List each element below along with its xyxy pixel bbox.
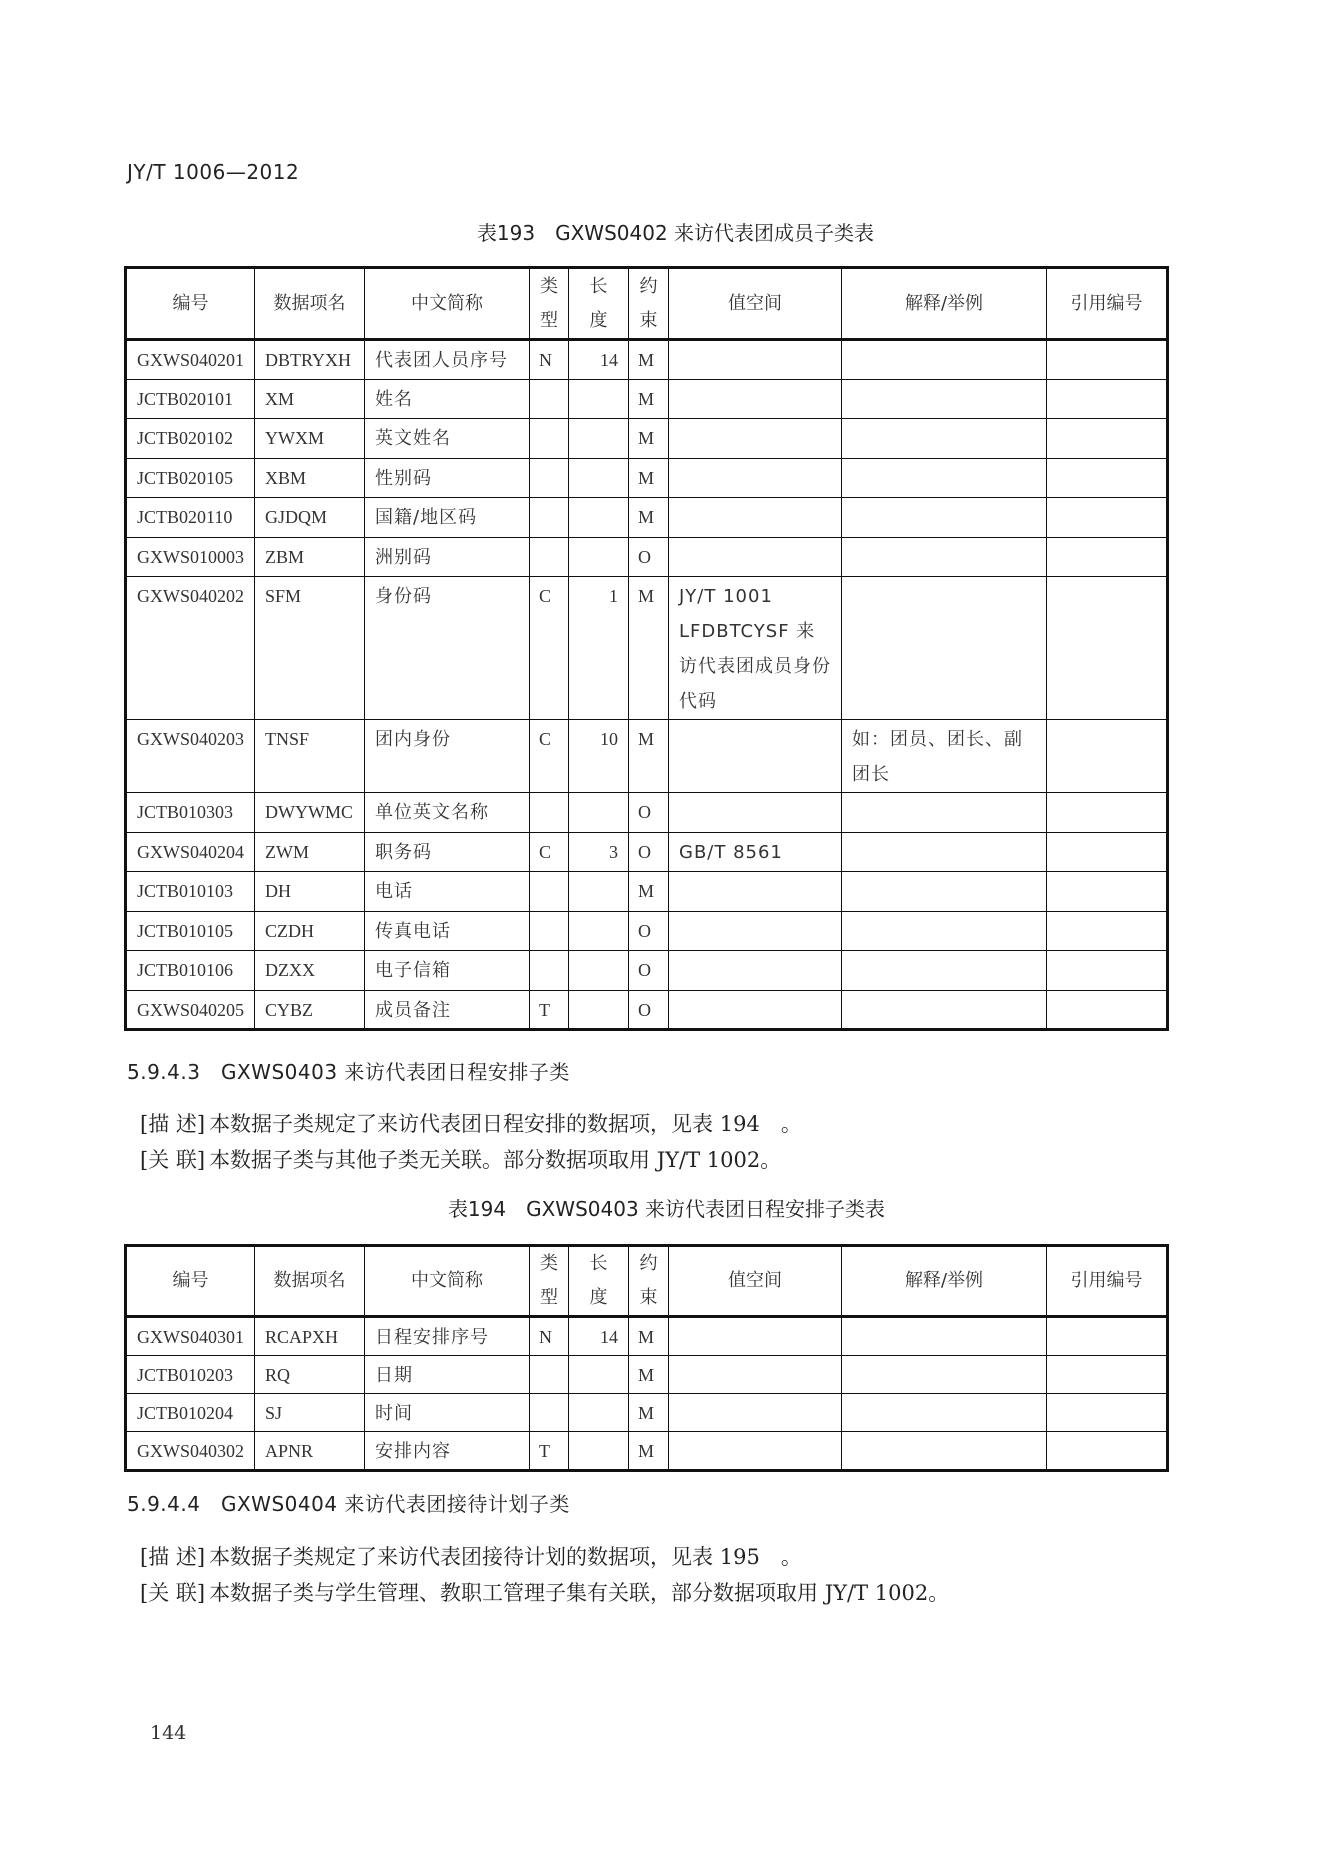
cell-length <box>569 872 629 912</box>
section-5-9-4-3-description: [描 述]本数据子类规定了来访代表团日程安排的数据项，见表 194 。 <box>140 1108 802 1138</box>
cell-value-space <box>669 720 842 793</box>
cell-note <box>842 458 1047 498</box>
description-text: 本数据子类规定了来访代表团接待计划的数据项，见表 195 。 <box>209 1545 802 1569</box>
cell-constraint: M <box>629 1432 669 1471</box>
cell-item-name: GJDQM <box>255 498 365 538</box>
cell-type: N <box>530 340 569 380</box>
cell-length: 3 <box>569 832 629 872</box>
col-header-name: 数据项名 <box>255 268 365 340</box>
cell-id: JCTB010204 <box>126 1394 255 1432</box>
cell-item-name: YWXM <box>255 419 365 459</box>
cell-length <box>569 1356 629 1394</box>
col-header-ref: 引用编号 <box>1047 268 1168 340</box>
cell-constraint: M <box>629 1356 669 1394</box>
cell-note <box>842 1317 1047 1356</box>
cell-item-name: APNR <box>255 1432 365 1471</box>
table-row: GXWS040301RCAPXH日程安排序号N14M <box>126 1317 1168 1356</box>
col-header-id: 编号 <box>126 268 255 340</box>
cell-item-name: RCAPXH <box>255 1317 365 1356</box>
cell-constraint: O <box>629 951 669 991</box>
cell-constraint: O <box>629 793 669 833</box>
cell-constraint: O <box>629 537 669 577</box>
description-text: 本数据子类规定了来访代表团日程安排的数据项，见表 194 。 <box>209 1112 802 1136</box>
cell-type <box>530 498 569 538</box>
cell-item-name: XBM <box>255 458 365 498</box>
cell-note <box>842 793 1047 833</box>
cell-ref <box>1047 419 1168 459</box>
table-row: GXWS040204ZWM职务码C3OGB/T 8561 <box>126 832 1168 872</box>
description-tag: [描 述] <box>140 1112 205 1136</box>
cell-id: JCTB010203 <box>126 1356 255 1394</box>
cell-id: JCTB010103 <box>126 872 255 912</box>
cell-chinese-name: 时间 <box>365 1394 530 1432</box>
cell-item-name: TNSF <box>255 720 365 793</box>
table-header-row: 编号 数据项名 中文简称 类型 长度 约束 值空间 解释/举例 引用编号 <box>126 1246 1168 1317</box>
cell-item-name: SFM <box>255 577 365 720</box>
relation-tag: [关 联] <box>140 1581 205 1605</box>
col-header-cn: 中文简称 <box>365 1246 530 1317</box>
cell-chinese-name: 英文姓名 <box>365 419 530 459</box>
relation-text: 本数据子类与其他子类无关联。部分数据项取用 JY/T 1002。 <box>209 1148 781 1172</box>
section-5-9-4-3-heading: 5.9.4.3 GXWS0403 来访代表团日程安排子类 <box>127 1056 570 1085</box>
col-header-value-space: 值空间 <box>669 268 842 340</box>
cell-length <box>569 1432 629 1471</box>
cell-note <box>842 1432 1047 1471</box>
cell-type: C <box>530 720 569 793</box>
col-header-id: 编号 <box>126 1246 255 1317</box>
cell-item-name: DH <box>255 872 365 912</box>
cell-chinese-name: 传真电话 <box>365 911 530 951</box>
cell-chinese-name: 职务码 <box>365 832 530 872</box>
cell-constraint: O <box>629 990 669 1030</box>
page-number: 144 <box>150 1722 186 1744</box>
table-row: GXWS040201DBTRYXH代表团人员序号N14M <box>126 340 1168 380</box>
cell-note <box>842 419 1047 459</box>
cell-note <box>842 1356 1047 1394</box>
col-header-type: 类型 <box>530 1246 569 1317</box>
cell-constraint: M <box>629 498 669 538</box>
cell-item-name: CZDH <box>255 911 365 951</box>
col-header-value-space: 值空间 <box>669 1246 842 1317</box>
cell-id: JCTB020102 <box>126 419 255 459</box>
cell-value-space <box>669 911 842 951</box>
col-header-type: 类型 <box>530 268 569 340</box>
cell-id: GXWS040203 <box>126 720 255 793</box>
cell-chinese-name: 安排内容 <box>365 1432 530 1471</box>
cell-item-name: ZBM <box>255 537 365 577</box>
cell-constraint: M <box>629 458 669 498</box>
cell-chinese-name: 身份码 <box>365 577 530 720</box>
cell-note <box>842 340 1047 380</box>
cell-value-space <box>669 793 842 833</box>
cell-value-space <box>669 419 842 459</box>
cell-type <box>530 458 569 498</box>
col-header-length: 长度 <box>569 268 629 340</box>
col-header-cn: 中文简称 <box>365 268 530 340</box>
col-header-constraint: 约束 <box>629 268 669 340</box>
cell-value-space <box>669 537 842 577</box>
cell-constraint: O <box>629 832 669 872</box>
cell-chinese-name: 国籍/地区码 <box>365 498 530 538</box>
table-row: JCTB020102YWXM英文姓名M <box>126 419 1168 459</box>
table-row: GXWS040205CYBZ成员备注TO <box>126 990 1168 1030</box>
cell-length <box>569 951 629 991</box>
section-5-9-4-4-description: [描 述]本数据子类规定了来访代表团接待计划的数据项，见表 195 。 <box>140 1541 802 1571</box>
table-row: GXWS040203TNSF团内身份C10M如：团员、团长、副团长 <box>126 720 1168 793</box>
cell-chinese-name: 洲别码 <box>365 537 530 577</box>
relation-tag: [关 联] <box>140 1148 205 1172</box>
cell-length: 10 <box>569 720 629 793</box>
cell-length <box>569 990 629 1030</box>
cell-ref <box>1047 379 1168 419</box>
section-5-9-4-4-heading: 5.9.4.4 GXWS0404 来访代表团接待计划子类 <box>127 1488 570 1517</box>
cell-length <box>569 1394 629 1432</box>
standard-id-header: JY/T 1006—2012 <box>127 160 299 184</box>
table-row: GXWS040202SFM身份码C1MJY/T 1001 LFDBTCYSF 来… <box>126 577 1168 720</box>
cell-constraint: M <box>629 1394 669 1432</box>
cell-chinese-name: 姓名 <box>365 379 530 419</box>
cell-value-space <box>669 872 842 912</box>
cell-note <box>842 498 1047 538</box>
cell-id: JCTB010106 <box>126 951 255 991</box>
cell-note <box>842 832 1047 872</box>
cell-id: JCTB010303 <box>126 793 255 833</box>
table-row: JCTB010105CZDH传真电话O <box>126 911 1168 951</box>
table-row: JCTB010303DWYWMC单位英文名称O <box>126 793 1168 833</box>
cell-item-name: DZXX <box>255 951 365 991</box>
cell-item-name: SJ <box>255 1394 365 1432</box>
cell-value-space <box>669 379 842 419</box>
cell-constraint: O <box>629 911 669 951</box>
table-row: JCTB010203RQ日期M <box>126 1356 1168 1394</box>
cell-id: JCTB020110 <box>126 498 255 538</box>
cell-ref <box>1047 990 1168 1030</box>
cell-type <box>530 419 569 459</box>
cell-constraint: M <box>629 379 669 419</box>
col-header-ref: 引用编号 <box>1047 1246 1168 1317</box>
cell-length <box>569 537 629 577</box>
relation-text: 本数据子类与学生管理、教职工管理子集有关联，部分数据项取用 JY/T 1002。 <box>209 1581 949 1605</box>
cell-ref <box>1047 951 1168 991</box>
cell-id: JCTB020105 <box>126 458 255 498</box>
table-header-row: 编号 数据项名 中文简称 类型 长度 约束 值空间 解释/举例 引用编号 <box>126 268 1168 340</box>
cell-length: 1 <box>569 577 629 720</box>
cell-ref <box>1047 498 1168 538</box>
cell-id: GXWS040202 <box>126 577 255 720</box>
cell-id: GXWS040302 <box>126 1432 255 1471</box>
col-header-name: 数据项名 <box>255 1246 365 1317</box>
cell-value-space <box>669 951 842 991</box>
cell-item-name: XM <box>255 379 365 419</box>
cell-type <box>530 1356 569 1394</box>
cell-note <box>842 911 1047 951</box>
table-row: GXWS010003ZBM洲别码O <box>126 537 1168 577</box>
section-5-9-4-4-relation: [关 联]本数据子类与学生管理、教职工管理子集有关联，部分数据项取用 JY/T … <box>140 1577 949 1607</box>
section-5-9-4-3-relation: [关 联]本数据子类与其他子类无关联。部分数据项取用 JY/T 1002。 <box>140 1144 781 1174</box>
cell-value-space <box>669 1317 842 1356</box>
cell-item-name: CYBZ <box>255 990 365 1030</box>
cell-chinese-name: 团内身份 <box>365 720 530 793</box>
cell-ref <box>1047 1394 1168 1432</box>
cell-type <box>530 793 569 833</box>
cell-type <box>530 872 569 912</box>
cell-ref <box>1047 872 1168 912</box>
cell-value-space <box>669 1394 842 1432</box>
cell-ref <box>1047 1356 1168 1394</box>
cell-note <box>842 951 1047 991</box>
col-header-note: 解释/举例 <box>842 1246 1047 1317</box>
cell-item-name: DBTRYXH <box>255 340 365 380</box>
cell-length <box>569 498 629 538</box>
cell-constraint: M <box>629 340 669 380</box>
cell-id: GXWS010003 <box>126 537 255 577</box>
cell-length <box>569 458 629 498</box>
cell-value-space: GB/T 8561 <box>669 832 842 872</box>
cell-type <box>530 911 569 951</box>
cell-value-space <box>669 990 842 1030</box>
cell-ref <box>1047 911 1168 951</box>
cell-item-name: DWYWMC <box>255 793 365 833</box>
cell-constraint: M <box>629 872 669 912</box>
cell-note <box>842 379 1047 419</box>
cell-value-space <box>669 498 842 538</box>
cell-value-space <box>669 1432 842 1471</box>
table-row: JCTB010103DH电话M <box>126 872 1168 912</box>
cell-constraint: M <box>629 577 669 720</box>
cell-note <box>842 537 1047 577</box>
table-row: JCTB020101XM姓名M <box>126 379 1168 419</box>
table-194-caption: 表194 GXWS0403 来访代表团日程安排子类表 <box>5 1193 1323 1222</box>
cell-note <box>842 577 1047 720</box>
cell-id: JCTB020101 <box>126 379 255 419</box>
cell-value-space <box>669 1356 842 1394</box>
table-row: GXWS040302APNR安排内容TM <box>126 1432 1168 1471</box>
cell-chinese-name: 性别码 <box>365 458 530 498</box>
table-row: JCTB020105XBM性别码M <box>126 458 1168 498</box>
cell-chinese-name: 日程安排序号 <box>365 1317 530 1356</box>
table-row: JCTB010204SJ时间M <box>126 1394 1168 1432</box>
cell-ref <box>1047 832 1168 872</box>
cell-constraint: M <box>629 1317 669 1356</box>
cell-ref <box>1047 1317 1168 1356</box>
col-header-constraint: 约束 <box>629 1246 669 1317</box>
cell-chinese-name: 电子信箱 <box>365 951 530 991</box>
cell-type: C <box>530 577 569 720</box>
cell-length <box>569 911 629 951</box>
cell-chinese-name: 单位英文名称 <box>365 793 530 833</box>
cell-type <box>530 379 569 419</box>
cell-ref <box>1047 537 1168 577</box>
cell-chinese-name: 代表团人员序号 <box>365 340 530 380</box>
cell-note <box>842 1394 1047 1432</box>
cell-note <box>842 872 1047 912</box>
cell-id: GXWS040205 <box>126 990 255 1030</box>
cell-chinese-name: 成员备注 <box>365 990 530 1030</box>
cell-id: GXWS040204 <box>126 832 255 872</box>
cell-type <box>530 1394 569 1432</box>
cell-length <box>569 793 629 833</box>
cell-value-space: JY/T 1001 LFDBTCYSF 来访代表团成员身份代码 <box>669 577 842 720</box>
cell-type <box>530 951 569 991</box>
description-tag: [描 述] <box>140 1545 205 1569</box>
cell-ref <box>1047 720 1168 793</box>
cell-id: GXWS040201 <box>126 340 255 380</box>
cell-chinese-name: 电话 <box>365 872 530 912</box>
cell-ref <box>1047 793 1168 833</box>
cell-note: 如：团员、团长、副团长 <box>842 720 1047 793</box>
cell-ref <box>1047 577 1168 720</box>
cell-value-space <box>669 340 842 380</box>
cell-length: 14 <box>569 340 629 380</box>
table-193: 编号 数据项名 中文简称 类型 长度 约束 值空间 解释/举例 引用编号 GXW… <box>124 266 1169 1031</box>
cell-item-name: ZWM <box>255 832 365 872</box>
cell-note <box>842 990 1047 1030</box>
cell-length <box>569 419 629 459</box>
col-header-length: 长度 <box>569 1246 629 1317</box>
cell-value-space <box>669 458 842 498</box>
cell-type: N <box>530 1317 569 1356</box>
cell-type: C <box>530 832 569 872</box>
table-194: 编号 数据项名 中文简称 类型 长度 约束 值空间 解释/举例 引用编号 GXW… <box>124 1244 1169 1472</box>
cell-length <box>569 379 629 419</box>
cell-length: 14 <box>569 1317 629 1356</box>
cell-ref <box>1047 458 1168 498</box>
cell-ref <box>1047 1432 1168 1471</box>
cell-item-name: RQ <box>255 1356 365 1394</box>
cell-type <box>530 537 569 577</box>
table-193-caption: 表193 GXWS0402 来访代表团成员子类表 <box>14 217 1323 246</box>
cell-constraint: M <box>629 720 669 793</box>
col-header-note: 解释/举例 <box>842 268 1047 340</box>
cell-type: T <box>530 990 569 1030</box>
cell-id: GXWS040301 <box>126 1317 255 1356</box>
table-row: JCTB020110GJDQM国籍/地区码M <box>126 498 1168 538</box>
cell-constraint: M <box>629 419 669 459</box>
cell-type: T <box>530 1432 569 1471</box>
table-row: JCTB010106DZXX电子信箱O <box>126 951 1168 991</box>
cell-chinese-name: 日期 <box>365 1356 530 1394</box>
cell-id: JCTB010105 <box>126 911 255 951</box>
cell-ref <box>1047 340 1168 380</box>
